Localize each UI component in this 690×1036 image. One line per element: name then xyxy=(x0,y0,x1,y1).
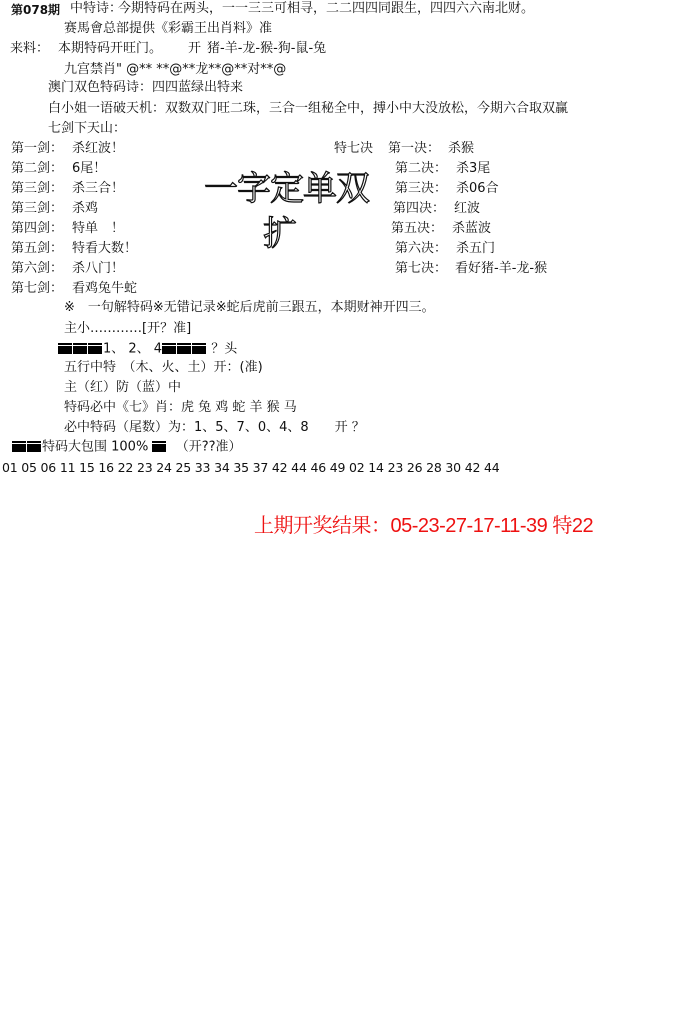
sword-value: 杀鸡 xyxy=(72,200,98,218)
sword-label: 第四剑： xyxy=(11,220,63,238)
last-result: 上期开奖结果：05-23-27-17-11-39 特22 xyxy=(254,514,593,538)
issue-number: 第078期 xyxy=(11,1,60,19)
sword-value: 看鸡兔牛蛇 xyxy=(72,280,137,298)
tail-numbers-line: 必中特码（尾数）为：1、5、7、0、4、8 开 ？ xyxy=(64,419,365,437)
poem-label: 中特诗： xyxy=(70,0,122,18)
center-banner-line1: 一字定单双 xyxy=(204,170,369,208)
laiyao-open-label: 开 xyxy=(188,40,201,58)
bar-decoration-icon xyxy=(162,340,207,358)
macau-poem: 澳门双色特码诗：四四蓝绿出特来 xyxy=(48,79,243,97)
bar-decoration-icon xyxy=(152,438,167,456)
jue-value: 杀06合 xyxy=(456,180,499,198)
jue-label: 第一决： xyxy=(388,140,440,158)
jue-value: 红波 xyxy=(454,200,480,218)
center-banner-line2: 扩 xyxy=(263,215,296,253)
jue-value: 杀猴 xyxy=(448,140,474,158)
jue-label: 第六决： xyxy=(395,240,447,258)
sword-value: 特单 ！ xyxy=(72,220,124,238)
jue-value: 杀3尾 xyxy=(456,160,490,178)
surround-text: 特码大包围 100% xyxy=(42,440,148,455)
sword-label: 第六剑： xyxy=(11,260,63,278)
seven-zodiac-line: 特码必中《七》肖：虎 兔 鸡 蛇 羊 猴 马 xyxy=(64,399,297,417)
head-line-tail: ？头 xyxy=(211,342,237,357)
sword-label: 第七剑： xyxy=(11,280,63,298)
jue-value: 看好猪-羊-龙-猴 xyxy=(455,260,547,278)
wuxing-line: 五行中特 （木、火、土）开：(准) xyxy=(64,359,263,377)
source-line: 赛馬會总部提供《彩霸王出肖料》准 xyxy=(64,20,272,38)
laiyao-label: 来料： xyxy=(10,40,49,58)
sword-label: 第三剑： xyxy=(11,180,63,198)
head-line-numbers: 1、 2、 4 xyxy=(103,342,162,357)
surround-line: 特码大包围 100% （开??准） xyxy=(12,438,242,457)
jue-label: 第四决： xyxy=(393,200,445,218)
sword-value: 6尾！ xyxy=(72,160,106,178)
sword-label: 第二剑： xyxy=(11,160,63,178)
sword-value: 杀红波！ xyxy=(72,140,124,158)
poem-text: 今期特码在两头，一一三三可相寻，二二四四同跟生，四四六六南北财。 xyxy=(118,0,534,18)
sword-label: 第五剑： xyxy=(11,240,63,258)
sword-value: 特看大数！ xyxy=(72,240,137,258)
bar-decoration-icon xyxy=(58,340,103,358)
qijian-title: 七剑下天山： xyxy=(48,120,126,138)
jue-value: 杀五门 xyxy=(456,240,495,258)
numbers-line: 01 05 06 11 15 16 22 23 24 25 33 34 35 3… xyxy=(2,459,500,477)
jue-value: 杀蓝波 xyxy=(452,220,491,238)
jue-label: 第七决： xyxy=(395,260,447,278)
zhu-xiao-line: 主小…………[开？准] xyxy=(64,320,191,338)
sword-label: 第一剑： xyxy=(11,140,63,158)
laiyao-zodiacs: 猪-羊-龙-猴-狗-鼠-兔 xyxy=(207,40,326,58)
surround-tail: （开??准） xyxy=(176,440,242,455)
jue-label: 第二决： xyxy=(395,160,447,178)
jue-label: 第五决： xyxy=(391,220,443,238)
one-sentence-line: ※ 一句解特码※无错记录※蛇后虎前三跟五，本期财神开四三。 xyxy=(64,299,435,317)
te-qi-jue-title: 特七决 xyxy=(334,140,373,158)
jue-label: 第三决： xyxy=(395,180,447,198)
sword-label: 第三剑： xyxy=(11,200,63,218)
bar-decoration-icon xyxy=(12,438,42,456)
head-line: 1、 2、 4 ？头 xyxy=(58,340,237,359)
sword-value: 杀三合！ xyxy=(72,180,124,198)
color-line: 主（红）防（蓝）中 xyxy=(64,379,181,397)
laiyao-text: 本期特码开旺门。 xyxy=(58,40,162,58)
sword-value: 杀八门！ xyxy=(72,260,124,278)
bai-xiaojie-line: 白小姐一语破天机：双数双门旺二珠，三合一组秘全中，搏小中大没放松，今期六合取双赢 xyxy=(48,100,568,118)
jiugong-line: 九宫禁肖" @** **@**龙**@**对**@ xyxy=(64,61,286,79)
